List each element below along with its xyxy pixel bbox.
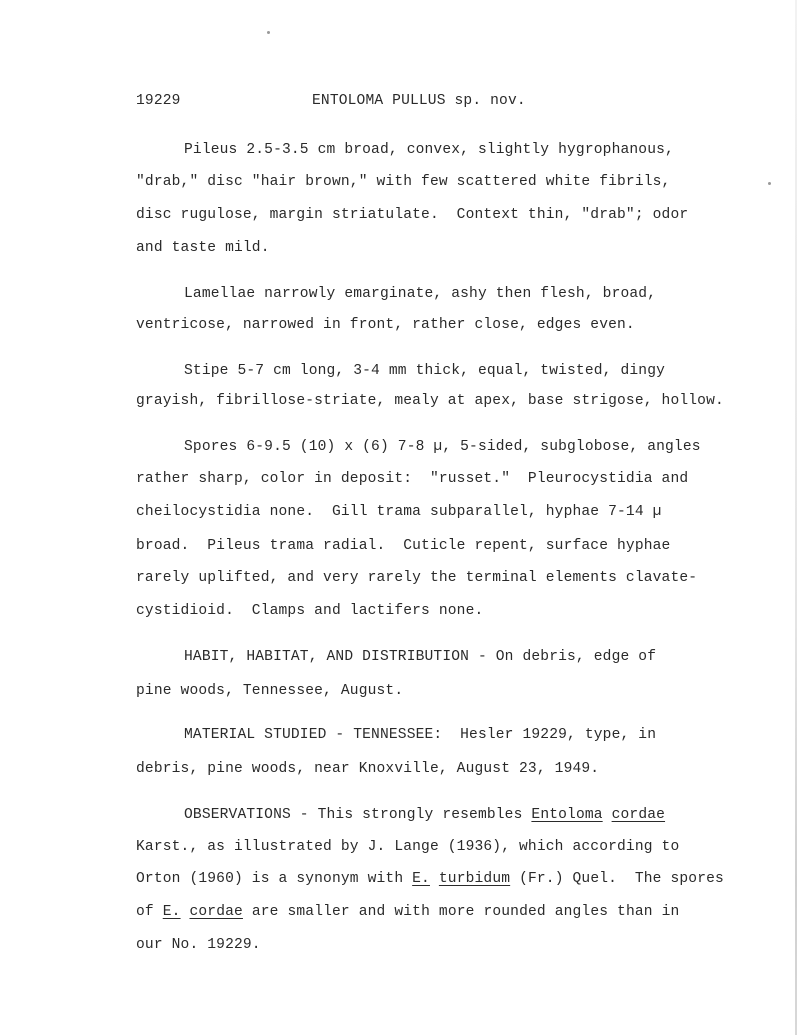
paper-speck xyxy=(267,31,270,34)
observations-line-1: OBSERVATIONS - This strongly resembles E… xyxy=(184,806,665,824)
genus-name: Entoloma xyxy=(531,807,602,823)
observations-text: Orton (1960) is a synonym with xyxy=(136,871,412,887)
observations-line-3: Orton (1960) is a synonym with E. turbid… xyxy=(136,870,724,888)
observations-line-4: of E. cordae are smaller and with more r… xyxy=(136,903,679,921)
spores-line-2: rather sharp, color in deposit: "russet.… xyxy=(136,470,688,488)
lamellae-line-2: ventricose, narrowed in front, rather cl… xyxy=(136,316,635,334)
page-edge-shadow xyxy=(795,0,797,1035)
paper-speck xyxy=(768,182,771,185)
observations-line-2: Karst., as illustrated by J. Lange (1936… xyxy=(136,838,679,856)
genus-abbrev: E. xyxy=(412,871,430,887)
observations-text: OBSERVATIONS - This strongly resembles xyxy=(184,807,531,823)
spores-line-6: cystidioid. Clamps and lactifers none. xyxy=(136,602,483,620)
material-line-1: MATERIAL STUDIED - TENNESSEE: Hesler 192… xyxy=(184,726,656,744)
spores-line-4: broad. Pileus trama radial. Cuticle repe… xyxy=(136,537,670,555)
pileus-line-1: Pileus 2.5-3.5 cm broad, convex, slightl… xyxy=(184,141,674,159)
species-name: cordae xyxy=(612,807,665,823)
specimen-number: 19229 xyxy=(136,92,181,110)
stipe-line-1: Stipe 5-7 cm long, 3-4 mm thick, equal, … xyxy=(184,362,665,380)
observations-text: (Fr.) Quel. The spores xyxy=(510,871,724,887)
habitat-line-2: pine woods, Tennessee, August. xyxy=(136,682,403,700)
spores-line-1: Spores 6-9.5 (10) x (6) 7-8 µ, 5-sided, … xyxy=(184,438,701,456)
stipe-line-2: grayish, fibrillose-striate, mealy at ap… xyxy=(136,392,724,410)
lamellae-line-1: Lamellae narrowly emarginate, ashy then … xyxy=(184,285,656,303)
spores-line-5: rarely uplifted, and very rarely the ter… xyxy=(136,569,697,587)
observations-text: of xyxy=(136,904,163,920)
pileus-line-4: and taste mild. xyxy=(136,239,270,257)
species-name: cordae xyxy=(189,904,242,920)
species-name: turbidum xyxy=(439,871,510,887)
observations-line-5: our No. 19229. xyxy=(136,936,261,954)
document-page: 19229 ENTOLOMA PULLUS sp. nov. Pileus 2.… xyxy=(0,0,800,1035)
genus-abbrev: E. xyxy=(163,904,181,920)
pileus-line-3: disc rugulose, margin striatulate. Conte… xyxy=(136,206,688,224)
material-line-2: debris, pine woods, near Knoxville, Augu… xyxy=(136,760,599,778)
observations-text: are smaller and with more rounded angles… xyxy=(243,904,679,920)
pileus-line-2: "drab," disc "hair brown," with few scat… xyxy=(136,173,670,191)
page-title: ENTOLOMA PULLUS sp. nov. xyxy=(312,92,526,110)
spores-line-3: cheilocystidia none. Gill trama subparal… xyxy=(136,503,662,521)
habitat-line-1: HABIT, HABITAT, AND DISTRIBUTION - On de… xyxy=(184,648,656,666)
